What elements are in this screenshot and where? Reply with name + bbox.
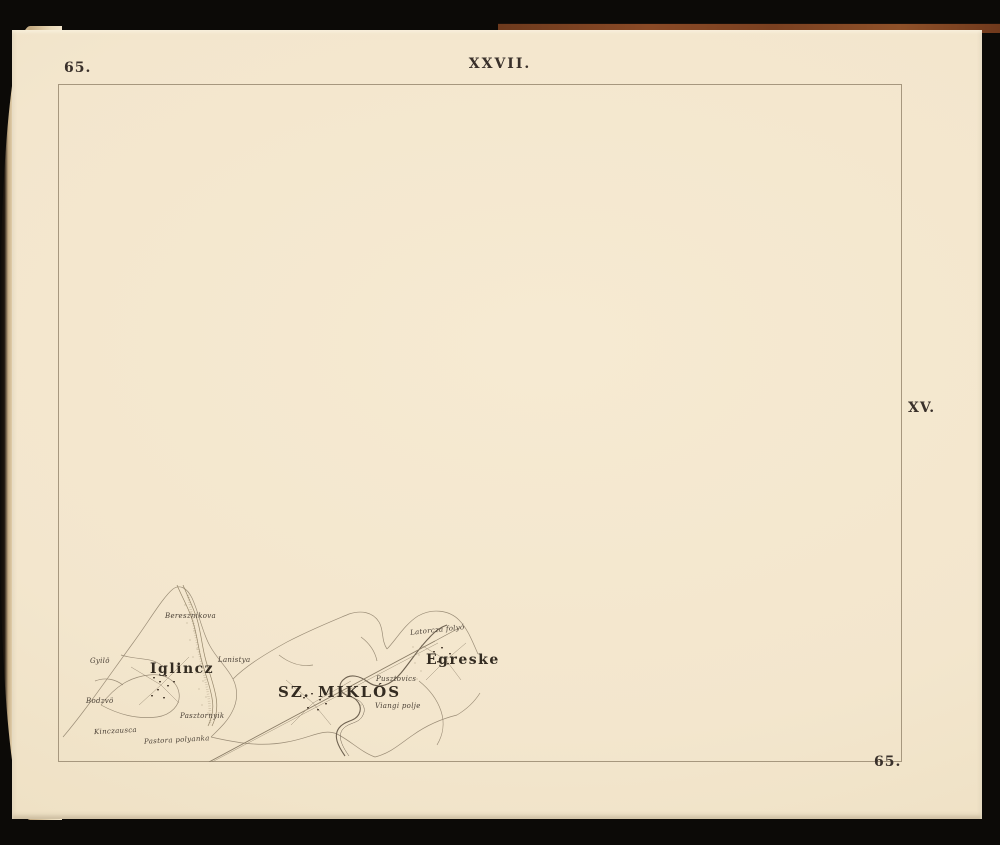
map-label-pasztornyik: Pasztornyik <box>180 712 224 720</box>
map-linework <box>60 585 482 762</box>
sheet-number-bottom-right: 65. <box>874 754 901 770</box>
map-label-beresznikova: Beresznikova <box>165 612 216 620</box>
map-label-gyilo: Gyilö <box>90 657 110 665</box>
map-region: Beresznikova Gyilö Iglincz Lanistya Bodz… <box>60 585 482 762</box>
sheet-number-top-left: 65. <box>64 60 91 76</box>
map-label-bodzvo: Bodzvö <box>86 697 114 705</box>
map-label-pusztovics: Pusztovics <box>376 675 416 683</box>
atlas-scan: 65. XXVII. XV. 65. <box>0 0 1000 845</box>
map-label-egreske: Egreske <box>426 652 500 668</box>
grid-column-label: XXVII. <box>430 56 570 72</box>
atlas-page: 65. XXVII. XV. 65. <box>12 30 982 819</box>
grid-row-label: XV. <box>908 400 935 416</box>
map-label-lanistya: Lanistya <box>218 656 251 664</box>
map-label-iglincz: Iglincz <box>150 661 214 677</box>
map-label-viangi-polje: Viangi polje <box>375 702 421 710</box>
map-label-sz-miklos: SZ. MIKLÓS <box>278 683 401 701</box>
